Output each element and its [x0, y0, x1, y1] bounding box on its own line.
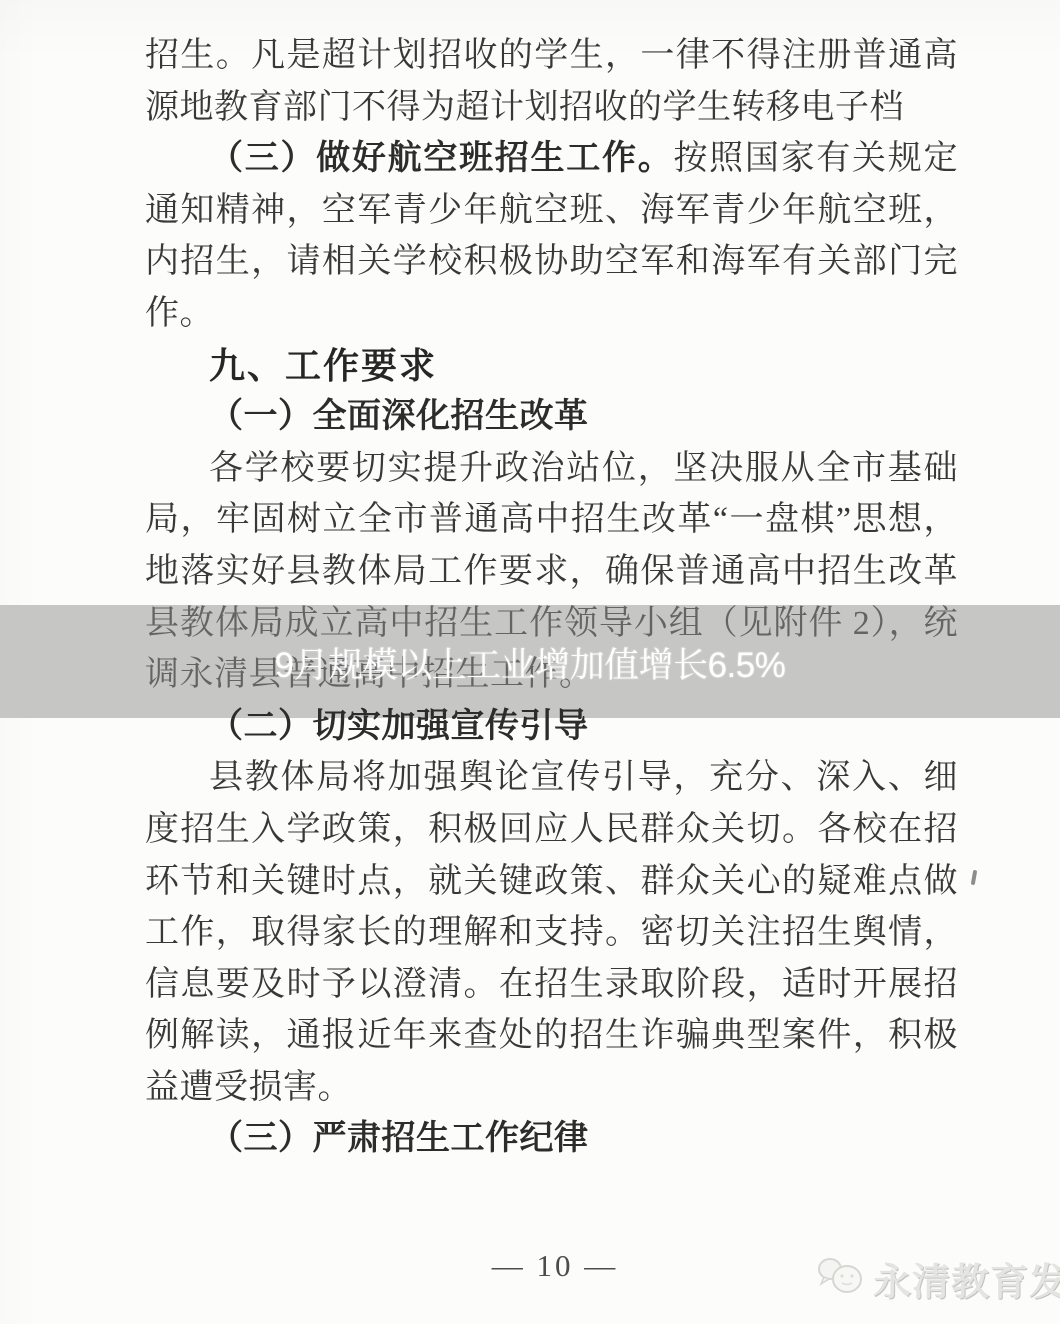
document-line: 信息要及时予以澄清。在招生录取阶段，适时开展招生预警或案 [145, 959, 958, 1011]
chat-bubbles-icon [816, 1253, 868, 1304]
document-line: 九、工作要求 [145, 340, 958, 392]
scan-artifact-mark [971, 870, 978, 885]
document-line: 各学校要切实提升政治站位，坚决服从全市基础教育改革全 [145, 443, 958, 495]
line-text: 例解读，通报近年来查处的招生诈骗典型案件，积极预防考生权 [145, 1017, 958, 1062]
watermark-text: 永清教育发布 [873, 1251, 1060, 1306]
line-text: 九、工作要求 [209, 345, 437, 386]
line-text: 县教体局将加强舆论宣传引导，充分、深入、细致解读本年 [145, 759, 958, 804]
line-text: 通知精神，空军青少年航空班、海军青少年航空班，在全省范围 [145, 192, 958, 237]
line-text: 招生。凡是超计划招收的学生，一律不得注册普通高中学籍，生 [145, 37, 958, 82]
line-text: 源地教育部门不得为超计划招收的学生转移电子档案。 [145, 89, 904, 134]
document-page: 招生。凡是超计划招收的学生，一律不得注册普通高中学籍，生源地教育部门不得为超计划… [0, 0, 1060, 1324]
document-line: （三）严肃招生工作纪律 [145, 1113, 958, 1165]
document-line: 局，牢固树立全市普通高中招生改革“一盘棋”思想，不折不扣 [145, 494, 958, 546]
document-line: 内招生，请相关学校积极协助空军和海军有关部门完成招生工 [145, 236, 958, 288]
document-line: 益遭受损害。 [145, 1062, 958, 1114]
line-text: 内招生，请相关学校积极协助空军和海军有关部门完成招生工 [145, 243, 958, 288]
line-text: 环节和关键时点，就关键政策、群众关心的疑难点做好宣传释疑 [145, 863, 958, 908]
document-line: 通知精神，空军青少年航空班、海军青少年航空班，在全省范围 [145, 185, 958, 237]
document-line: 县教体局将加强舆论宣传引导，充分、深入、细致解读本年 [145, 752, 958, 804]
document-line: 源地教育部门不得为超计划招收的学生转移电子档案。 [145, 82, 958, 134]
document-line: （二）切实加强宣传引导 [145, 701, 958, 753]
line-text: 地落实好县教体局工作要求，确保普通高中招生改革顺利实施。 [145, 553, 958, 598]
line-text: 工作，取得家长的理解和支持。密切关注招生舆情，对不实报道 [145, 914, 958, 959]
document-line: 环节和关键时点，就关键政策、群众关心的疑难点做好宣传释疑 [145, 856, 958, 908]
line-bold-lead: （三）做好航空班招生工作。 [209, 140, 673, 177]
document-line: 度招生入学政策，积极回应人民群众关切。各校在招生入学关键 [145, 804, 958, 856]
line-text: （二）切实加强宣传引导 [209, 708, 589, 745]
line-text: （一）全面深化招生改革 [209, 398, 589, 435]
line-text: 度招生入学政策，积极回应人民群众关切。各校在招生入学关键 [145, 811, 958, 856]
line-text: （三）严肃招生工作纪律 [209, 1120, 589, 1157]
document-body: 招生。凡是超计划招收的学生，一律不得注册普通高中学籍，生源地教育部门不得为超计划… [145, 30, 958, 1165]
document-line: 例解读，通报近年来查处的招生诈骗典型案件，积极预防考生权 [145, 1010, 958, 1062]
document-line: （一）全面深化招生改革 [145, 391, 958, 443]
line-text: 益遭受损害。 [145, 1069, 352, 1106]
page-number: — 10 — [492, 1248, 619, 1284]
publisher-watermark: 永清教育发布 [816, 1251, 1060, 1306]
document-line: 招生。凡是超计划招收的学生，一律不得注册普通高中学籍，生 [145, 30, 958, 82]
document-line: 工作，取得家长的理解和支持。密切关注招生舆情，对不实报道 [145, 907, 958, 959]
line-text: 作。 [145, 295, 214, 332]
document-line: 作。 [145, 288, 958, 340]
document-line: （三）做好航空班招生工作。按照国家有关规定和省教育厅 [145, 133, 958, 185]
overlay-caption: 9月规模以上工业增加值增长6.5% [0, 642, 1060, 690]
document-line: 地落实好县教体局工作要求，确保普通高中招生改革顺利实施。 [145, 546, 958, 598]
line-text: 各学校要切实提升政治站位，坚决服从全市基础教育改革全 [145, 450, 958, 495]
line-text: 信息要及时予以澄清。在招生录取阶段，适时开展招生预警或案 [145, 966, 958, 1011]
line-text: 局，牢固树立全市普通高中招生改革“一盘棋”思想，不折不扣 [145, 501, 958, 546]
